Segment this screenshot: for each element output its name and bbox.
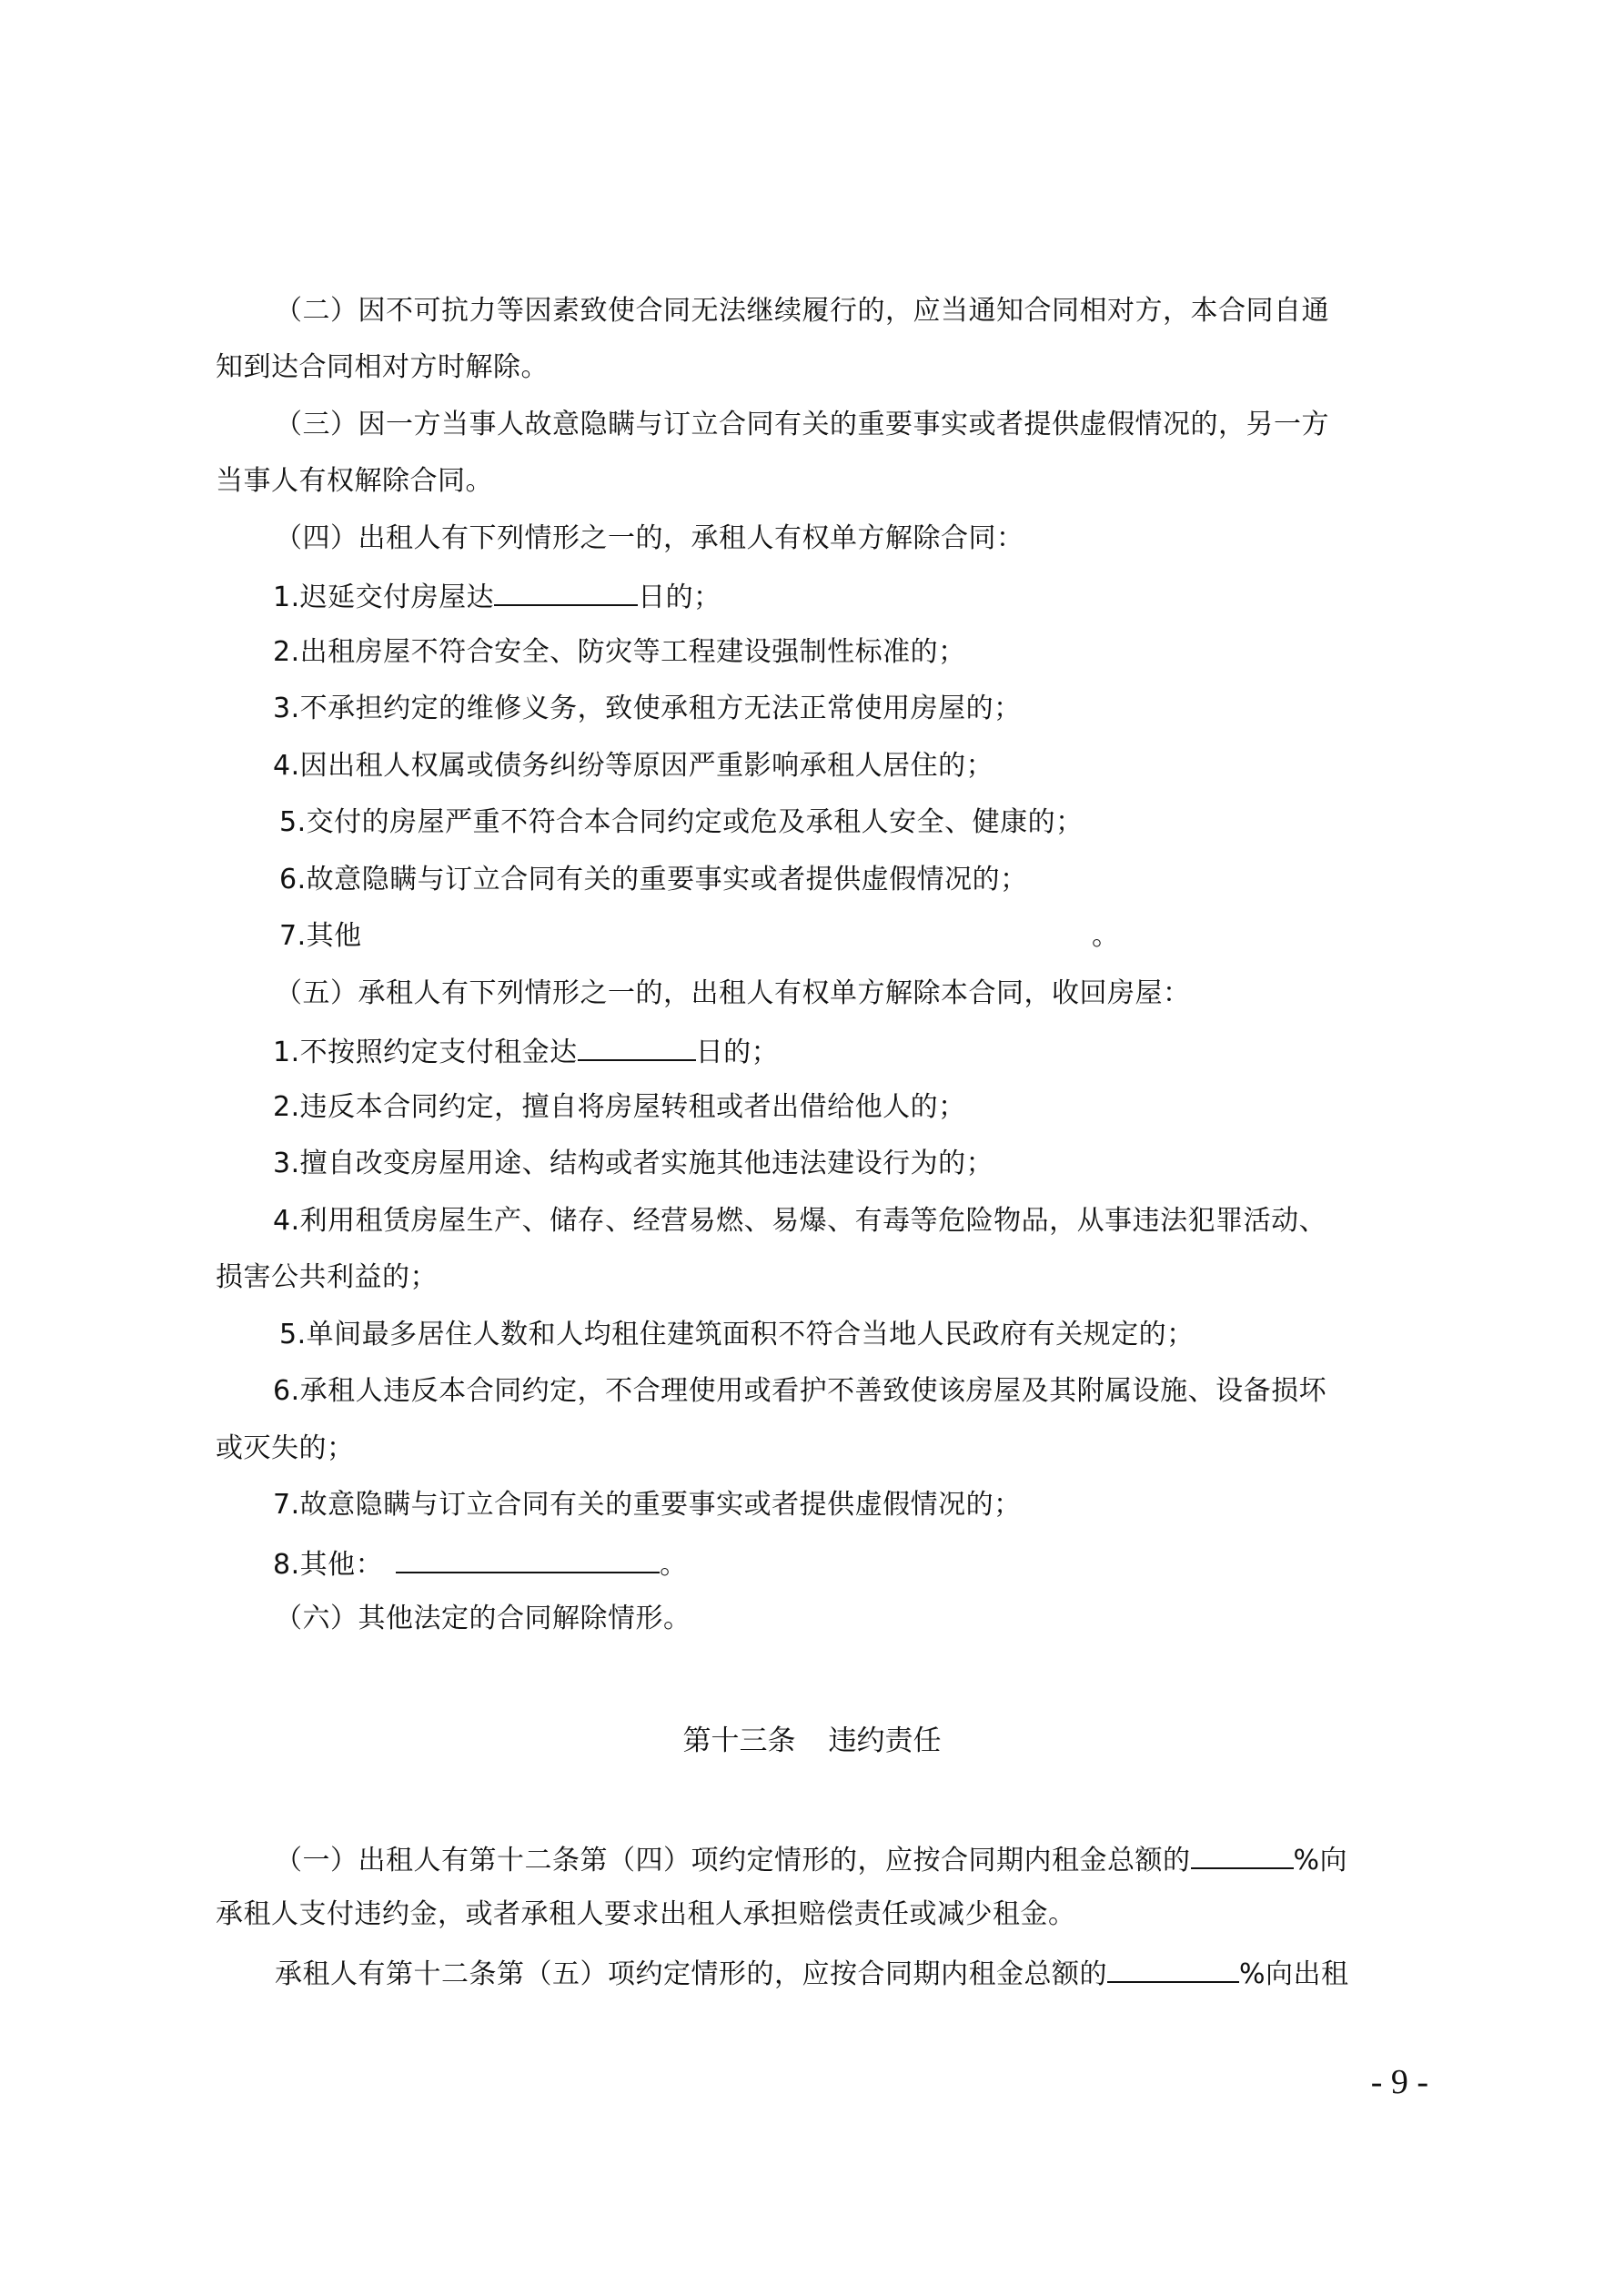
item4-7-suffix: 。 — [1092, 918, 1120, 955]
item4-list-4: 4.因出租人权属或债务纠纷等原因严重影响承租人居住的； — [273, 748, 994, 784]
item5-list-6-line2: 或灭失的； — [216, 1431, 355, 1467]
clause12-item5-intro: （五）承租人有下列情形之一的，出租人有权单方解除本合同，收回房屋： — [275, 976, 1191, 1012]
item5-1-suffix: 日的； — [696, 1037, 780, 1068]
item5-list-8: 8.其他：。 — [273, 1544, 688, 1583]
item4-list-2: 2.出租房屋不符合安全、防灾等工程建设强制性标准的； — [273, 634, 966, 671]
item5-list-1: 1.不按照约定支付租金达日的； — [273, 1032, 779, 1071]
item4-7-prefix: 7.其他 — [279, 920, 362, 952]
clause13-p1-line1: （一）出租人有第十二条第（四）项约定情形的，应按合同期内租金总额的%向 — [275, 1840, 1347, 1879]
clause13-p2-suffix: %向出租 — [1239, 1958, 1349, 1990]
clause12-item4-intro: （四）出租人有下列情形之一的，承租人有权单方解除合同： — [275, 521, 1024, 557]
clause13-title: 违约责任 — [829, 1725, 942, 1757]
clause13-heading: 第十三条违约责任 — [0, 1723, 1624, 1759]
clause12-item3-line2: 当事人有权解除合同。 — [216, 463, 493, 500]
item5-list-2: 2.违反本合同约定，擅自将房屋转租或者出借给他人的； — [273, 1089, 966, 1126]
clause13-p2-prefix: 承租人有第十二条第（五）项约定情形的，应按合同期内租金总额的 — [275, 1958, 1107, 1990]
item5-list-4-line1: 4.利用租赁房屋生产、储存、经营易燃、易爆、有毒等危险物品，从事违法犯罪活动、 — [273, 1203, 1326, 1239]
item5-list-5: 5.单间最多居住人数和人均租住建筑面积不符合当地人民政府有关规定的； — [279, 1317, 1195, 1353]
clause13-p1-suffix: %向 — [1294, 1845, 1348, 1876]
other-reason-blank-field[interactable] — [396, 1544, 660, 1573]
item5-8-suffix: 。 — [660, 1549, 688, 1581]
item4-list-6: 6.故意隐瞒与订立合同有关的重要事实或者提供虚假情况的； — [279, 862, 1028, 898]
item4-list-7: 7.其他 。 — [279, 918, 1116, 955]
item4-list-1: 1.迟延交付房屋达日的； — [273, 577, 721, 616]
clause13-p1-line2: 承租人支付违约金，或者承租人要求出租人承担赔偿责任或减少租金。 — [216, 1896, 1076, 1933]
clause13-p2-line1: 承租人有第十二条第（五）项约定情形的，应按合同期内租金总额的%向出租 — [275, 1954, 1349, 1993]
item5-1-prefix: 1.不按照约定支付租金达 — [273, 1037, 578, 1068]
clause13-p1-prefix: （一）出租人有第十二条第（四）项约定情形的，应按合同期内租金总额的 — [275, 1845, 1191, 1876]
clause13-number: 第十三条 — [683, 1725, 796, 1757]
item5-list-6-line1: 6.承租人违反本合同约定，不合理使用或看护不善致使该房屋及其附属设施、设备损坏 — [273, 1373, 1326, 1410]
clause12-item3-line1: （三）因一方当事人故意隐瞒与订立合同有关的重要事实或者提供虚假情况的，另一方 — [275, 407, 1329, 443]
document-page: （二）因不可抗力等因素致使合同无法继续履行的，应当通知合同相对方，本合同自通 知… — [0, 0, 1624, 2296]
item5-list-4-line2: 损害公共利益的； — [216, 1259, 438, 1296]
item4-1-prefix: 1.迟延交付房屋达 — [273, 582, 494, 613]
clause12-item6: （六）其他法定的合同解除情形。 — [275, 1601, 691, 1637]
item4-list-5: 5.交付的房屋严重不符合本合同约定或危及承租人安全、健康的； — [279, 804, 1084, 841]
item5-list-3: 3.擅自改变房屋用途、结构或者实施其他违法建设行为的； — [273, 1146, 994, 1182]
tenant-penalty-percent-blank-field[interactable] — [1107, 1954, 1239, 1983]
page-number: - 9 - — [1371, 2064, 1428, 2100]
landlord-penalty-percent-blank-field[interactable] — [1191, 1840, 1294, 1869]
clause12-item2-line2: 知到达合同相对方时解除。 — [216, 349, 549, 386]
item4-list-3: 3.不承担约定的维修义务，致使承租方无法正常使用房屋的； — [273, 691, 1022, 727]
item5-8-prefix: 8.其他： — [273, 1549, 383, 1581]
item4-1-suffix: 日的； — [638, 582, 721, 613]
rent-days-blank-field[interactable] — [578, 1032, 696, 1061]
days-blank-field[interactable] — [494, 577, 638, 606]
item5-list-7: 7.故意隐瞒与订立合同有关的重要事实或者提供虚假情况的； — [273, 1487, 1022, 1523]
clause12-item2-line1: （二）因不可抗力等因素致使合同无法继续履行的，应当通知合同相对方，本合同自通 — [275, 293, 1329, 329]
